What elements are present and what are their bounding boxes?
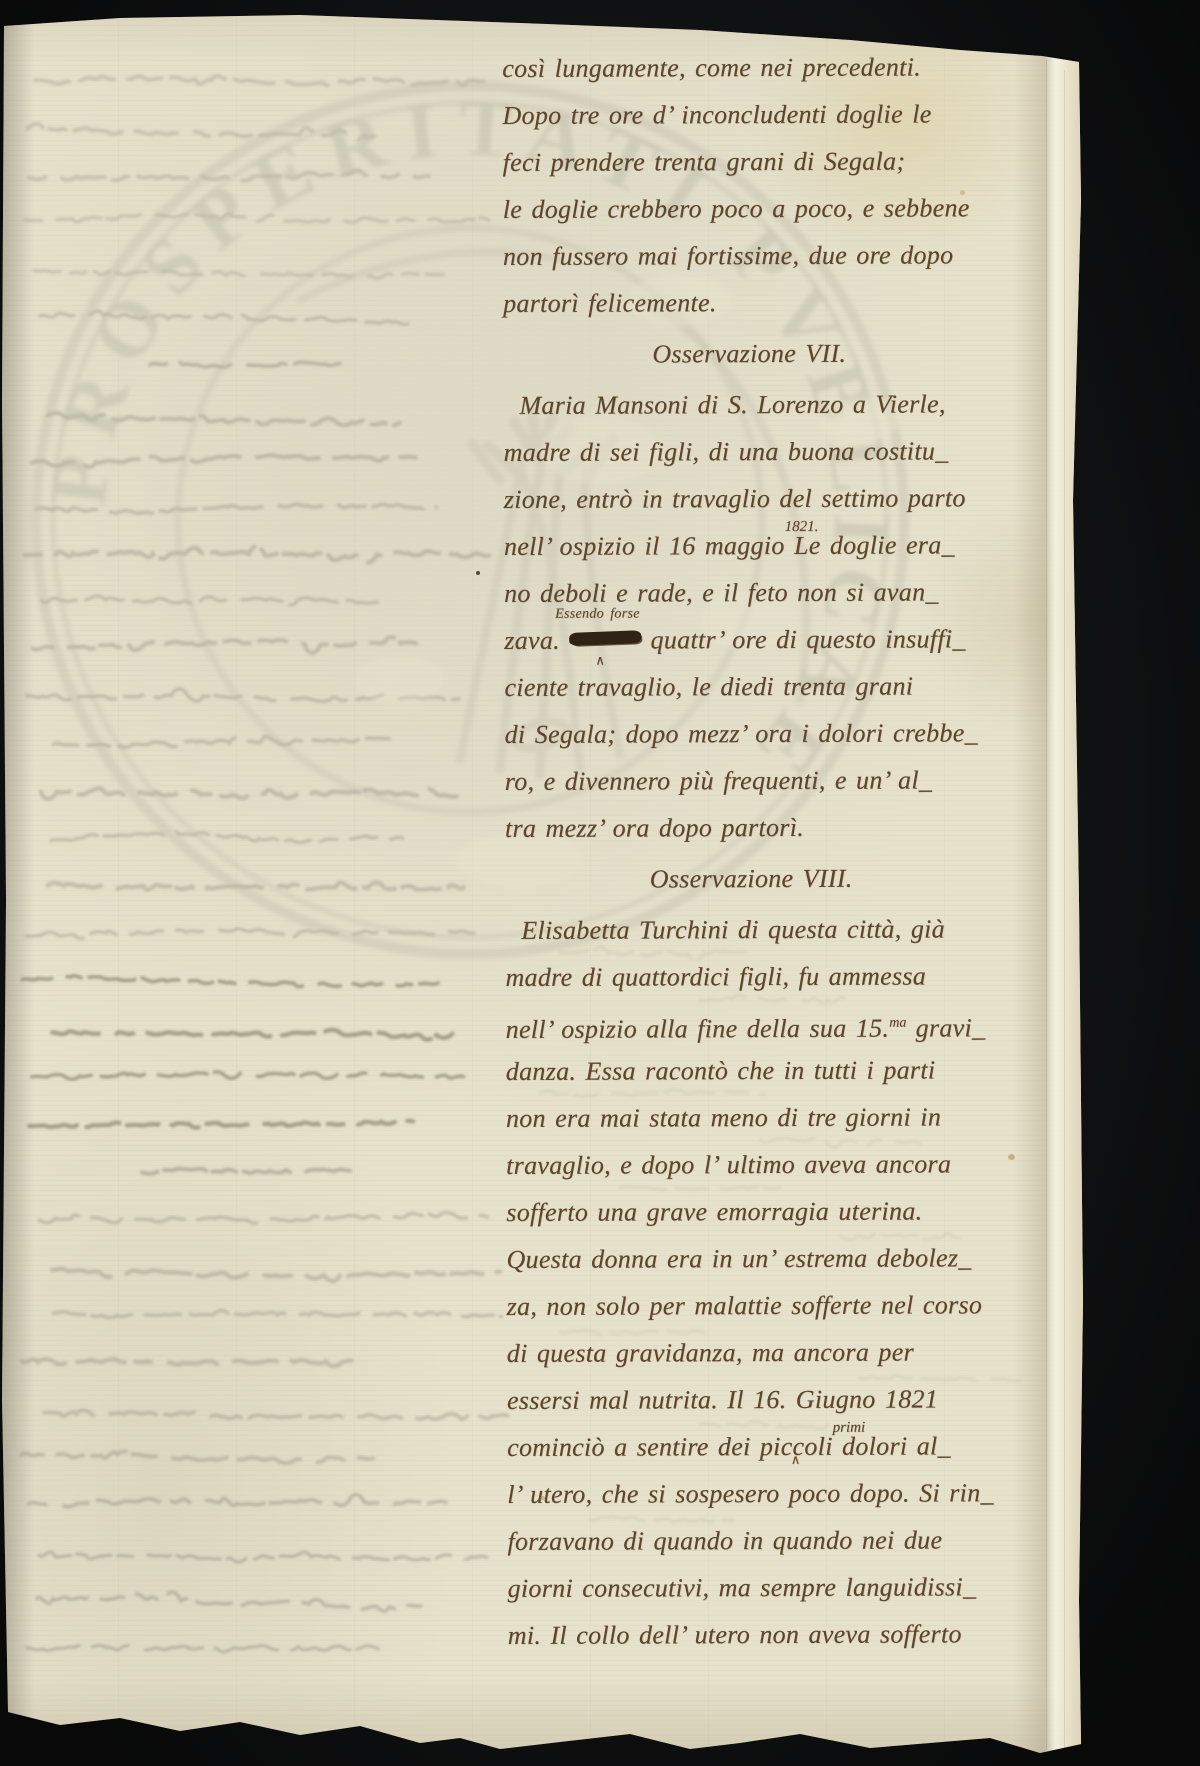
text-line: ciente travaglio, le diedi trenta grani xyxy=(504,662,1052,711)
text-line: giorni consecutivi, ma sempre languidiss… xyxy=(507,1563,1055,1612)
text-line: feci prendere trenta grani di Segala; xyxy=(503,137,1051,186)
text-line: ro, e divennero più frequenti, e un’ al_ xyxy=(505,756,1053,805)
text-line: le doglie crebbero poco a poco, e sebben… xyxy=(503,184,1051,233)
text-line: partorì felicemente. xyxy=(503,278,1051,327)
text-line: non fussero mai fortissime, due ore dopo xyxy=(503,231,1051,280)
text-line: Elisabetta Turchini di questa città, già xyxy=(505,905,1053,954)
sheet-edge-line xyxy=(1064,70,1065,1750)
foxing-spot xyxy=(540,1496,545,1500)
text-line: non era mai stata meno di tre giorni in xyxy=(506,1093,1054,1142)
text-line: così lungamente, come nei precedenti. xyxy=(502,43,1050,92)
text-line: zava. Essendo forse∧ quattr’ ore di ques… xyxy=(504,615,1052,664)
text-line: madre di quattordici figli, fu ammessa xyxy=(505,952,1053,1001)
text-line: di Segala; dopo mezz’ ora i dolori crebb… xyxy=(505,709,1053,758)
text-line: tra mezz’ ora dopo partorì. xyxy=(505,803,1053,852)
foxing-spot xyxy=(1008,1154,1015,1160)
foxing-spot xyxy=(960,190,965,195)
text-line: cominciò a sentire dei piccoliprimi∧ dol… xyxy=(507,1422,1055,1471)
text-line: za, non solo per malattie sofferte nel c… xyxy=(507,1281,1055,1330)
text-line: Questa donna era in un’ estrema debolez_ xyxy=(506,1234,1054,1283)
text-line: forzavano di quando in quando nei due xyxy=(507,1516,1055,1565)
scanned-manuscript-photo: PROSPERITATI PVBLICAE così lungam xyxy=(0,0,1200,1766)
text-line: nell’ ospizio alla fine della sua 15.ma … xyxy=(506,999,1054,1048)
text-line: l’ utero, che si sospesero poco dopo. Si… xyxy=(507,1469,1055,1518)
manuscript-page: PROSPERITATI PVBLICAE così lungam xyxy=(0,0,1090,1766)
page-number: 4 xyxy=(916,24,928,51)
ordinal-superscript: ma xyxy=(889,1016,906,1031)
text-line: Dopo tre ore d’ inconcludenti doglie le xyxy=(502,90,1050,139)
text-line: zione, entrò in travaglio del settimo pa… xyxy=(504,474,1052,523)
text-line: danza. Essa racontò che in tutti i parti xyxy=(506,1046,1054,1095)
text-line: nell’ ospizio il 16 maggio1821. Le dogli… xyxy=(504,521,1052,570)
manuscript-text: così lungamente, come nei precedenti.Dop… xyxy=(502,43,1056,1659)
text-line: di questa gravidanza, ma ancora per xyxy=(507,1328,1055,1377)
observation-heading: Osservazione VII. xyxy=(475,325,1023,382)
sheet-edge-line xyxy=(1046,60,1047,1750)
observation-heading: Osservazione VIII. xyxy=(477,850,1025,907)
text-line: essersi mal nutrita. Il 16. Giugno 1821 xyxy=(507,1375,1055,1424)
text-line: sofferto una grave emorragia uterina. xyxy=(506,1187,1054,1236)
insertion-caret: ∧ xyxy=(595,637,605,684)
text-line: travaglio, e dopo l’ ultimo aveva ancora xyxy=(506,1140,1054,1189)
text-line: madre di sei figli, di una buona costitu… xyxy=(504,427,1052,476)
text-line: mi. Il collo dell’ utero non aveva soffe… xyxy=(508,1610,1056,1659)
correction-insertion: Essendo forse xyxy=(555,590,640,637)
text-line: Maria Mansoni di S. Lorenzo a Vierle, xyxy=(503,380,1051,429)
struck-out-word: Essendo forse∧ xyxy=(569,616,641,663)
ink-speck xyxy=(476,571,480,575)
